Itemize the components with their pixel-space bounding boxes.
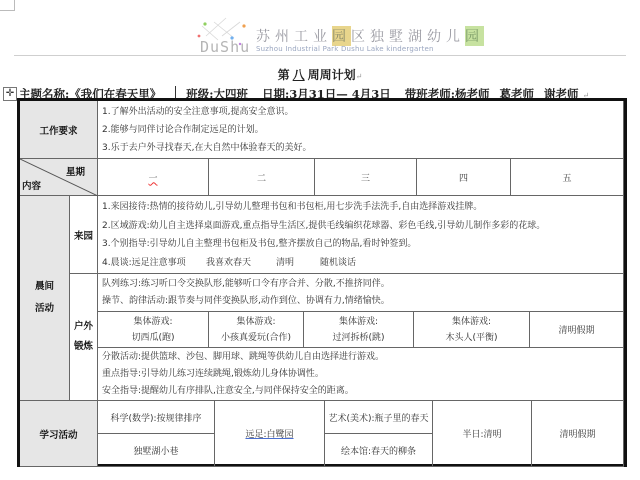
day-label: 五: [562, 171, 571, 184]
outdoor-intro: 队列练习:练习听口令交换队形,能够听口令有序合并、分散,不推挤同伴。 操节、韵律…: [98, 274, 624, 312]
work-requirements-cell: 1.了解外出活动的安全注意事项,提高安全意识。 2.能够与同伴讨论合作制定远足的…: [98, 101, 624, 159]
outdoor-intro-item: 操节、韵律活动:跟节奏与同伴变换队形,动作到位、协调有力,情绪愉快。: [102, 293, 623, 310]
label-line: 锻炼: [74, 337, 93, 357]
game-line: 集体游戏:: [133, 314, 172, 330]
label-line: 户外: [74, 317, 93, 337]
game-line: 小孩真爱玩(合作): [221, 330, 291, 346]
weekly-plan-table: 工作要求 1.了解外出活动的安全注意事项,提高安全意识。 2.能够与同伴讨论合作…: [17, 98, 627, 467]
title-prefix: 第: [278, 68, 290, 82]
learning-tue-text: 远足:白鹭园: [245, 427, 293, 440]
work-requirement-item: 3.乐于去户外寻找春天,在大自然中体验春天的美好。: [102, 139, 623, 157]
day-label: 一: [148, 171, 157, 184]
header-rule: [14, 55, 626, 56]
logo-english-name: Suzhou Industrial Park Dushu Lake kinder…: [256, 45, 434, 53]
work-requirement-item: 1.了解外出活动的安全注意事项,提高安全意识。: [102, 103, 623, 121]
diagonal-header-cell: 星期 内容: [20, 159, 98, 196]
learning-wed-top: 艺术(美术):瓶子里的春天: [325, 401, 433, 434]
outdoor-exercise-label: 户外 锻炼: [70, 274, 98, 401]
talk-topic: 随机谈话: [320, 258, 356, 268]
talk-topic: 我喜欢春天: [206, 254, 276, 273]
arrival-item: 1.来园接待:热情的接待幼儿,引导幼儿整理书包和书包柜,用七步洗手法洗手,自由选…: [102, 198, 623, 217]
game-tue: 集体游戏:小孩真爱玩(合作): [209, 312, 304, 348]
week-number: 八: [290, 68, 308, 82]
guidance-item: 重点指导:引导幼儿练习连续跳绳,锻炼幼儿身体协调性。: [102, 366, 623, 383]
morning-activities-label: 晨间 活动: [20, 196, 70, 401]
learning-thu: 半日:清明: [433, 401, 532, 467]
work-requirement-item: 2.能够与同伴讨论合作制定远足的计划。: [102, 121, 623, 139]
outdoor-guidance: 分散活动:提供篮球、沙包、脚用球、跳绳等供幼儿自由选择进行游戏。 重点指导:引导…: [98, 348, 624, 401]
game-line: 集体游戏:: [339, 314, 378, 330]
day-header-fri: 五: [511, 159, 624, 196]
page-corner-mark: [0, 0, 15, 11]
paragraph-mark: ↵: [356, 72, 363, 81]
learning-tue: 远足:白鹭园: [215, 401, 325, 467]
arrival-content: 1.来园接待:热情的接待幼儿,引导幼儿整理书包和书包柜,用七步洗手法洗手,自由选…: [98, 196, 624, 274]
game-wed: 集体游戏:过河拆桥(跳): [304, 312, 414, 348]
kindergarten-logo: DuShu 苏州工业园区独墅湖幼儿园 Suzhou Industrial Par…: [196, 14, 466, 56]
day-label: 三: [361, 171, 370, 184]
game-thu: 集体游戏:木头人(平衡): [414, 312, 530, 348]
day-label: 二: [257, 171, 266, 184]
day-header-mon: 一: [98, 159, 209, 196]
page-title: 第八周周计划↵: [0, 66, 640, 83]
morning-talk-row: 4.晨谈:远足注意事项我喜欢春天清明随机谈话: [102, 254, 623, 273]
talk-topic: 清明: [276, 254, 320, 273]
game-fri: 清明假期: [530, 312, 624, 348]
day-header-tue: 二: [209, 159, 315, 196]
logo-cn-part: 区独墅湖幼儿: [351, 29, 465, 45]
learning-mon-bottom: 独墅湖小巷: [98, 434, 215, 467]
game-line: 木头人(平衡): [445, 330, 497, 346]
game-line: 集体游戏:: [452, 314, 491, 330]
weekday-axis-label: 星期: [66, 164, 85, 178]
game-mon: 集体游戏:切西瓜(跑): [98, 312, 209, 348]
logo-cn-part: 苏州工业: [256, 29, 332, 45]
label-line: 晨间: [35, 276, 54, 298]
game-line: 清明假期: [558, 323, 594, 336]
label-line: 活动: [35, 298, 54, 320]
arrival-item: 2.区域游戏:幼儿自主选择桌面游戏,重点指导生活区,提供毛线编织花球器、彩色毛线…: [102, 217, 623, 236]
logo-cn-highlight: 园: [465, 26, 484, 46]
day-header-thu: 四: [417, 159, 511, 196]
day-header-wed: 三: [315, 159, 417, 196]
guidance-item: 分散活动:提供篮球、沙包、脚用球、跳绳等供幼儿自由选择进行游戏。: [102, 349, 623, 366]
content-axis-label: 内容: [22, 178, 41, 192]
day-label: 四: [459, 171, 468, 184]
game-line: 过河拆桥(跳): [332, 330, 384, 346]
game-line: 切西瓜(跑): [131, 330, 174, 346]
learning-fri: 清明假期: [532, 401, 624, 467]
table-move-handle-icon[interactable]: ✛: [3, 87, 17, 101]
talk-label: 4.晨谈:远足注意事项: [102, 254, 206, 273]
logo-chinese-name: 苏州工业园区独墅湖幼儿园: [256, 26, 484, 46]
learning-activities-label: 学习活动: [20, 401, 98, 467]
arrival-item: 3.个别指导:引导幼儿自主整理书包柜及书包,整齐摆放自己的物品,看时钟签到。: [102, 235, 623, 254]
logo-dushu-text: DuShu: [200, 38, 250, 56]
work-requirements-label: 工作要求: [20, 101, 98, 159]
game-line: 集体游戏:: [236, 314, 275, 330]
logo-cn-highlight: 园: [332, 26, 351, 46]
guidance-item: 安全指导:提醒幼儿有序排队,注意安全,与同伴保持安全的距离。: [102, 383, 623, 400]
title-suffix: 周周计划: [308, 68, 356, 82]
outdoor-intro-item: 队列练习:练习听口令交换队形,能够听口令有序合并、分散,不推挤同伴。: [102, 276, 623, 293]
learning-wed-bottom: 绘本馆:春天的柳条: [325, 434, 433, 467]
learning-mon-top: 科学(数学):按规律排序: [98, 401, 215, 434]
arrival-label: 来园: [70, 196, 98, 274]
